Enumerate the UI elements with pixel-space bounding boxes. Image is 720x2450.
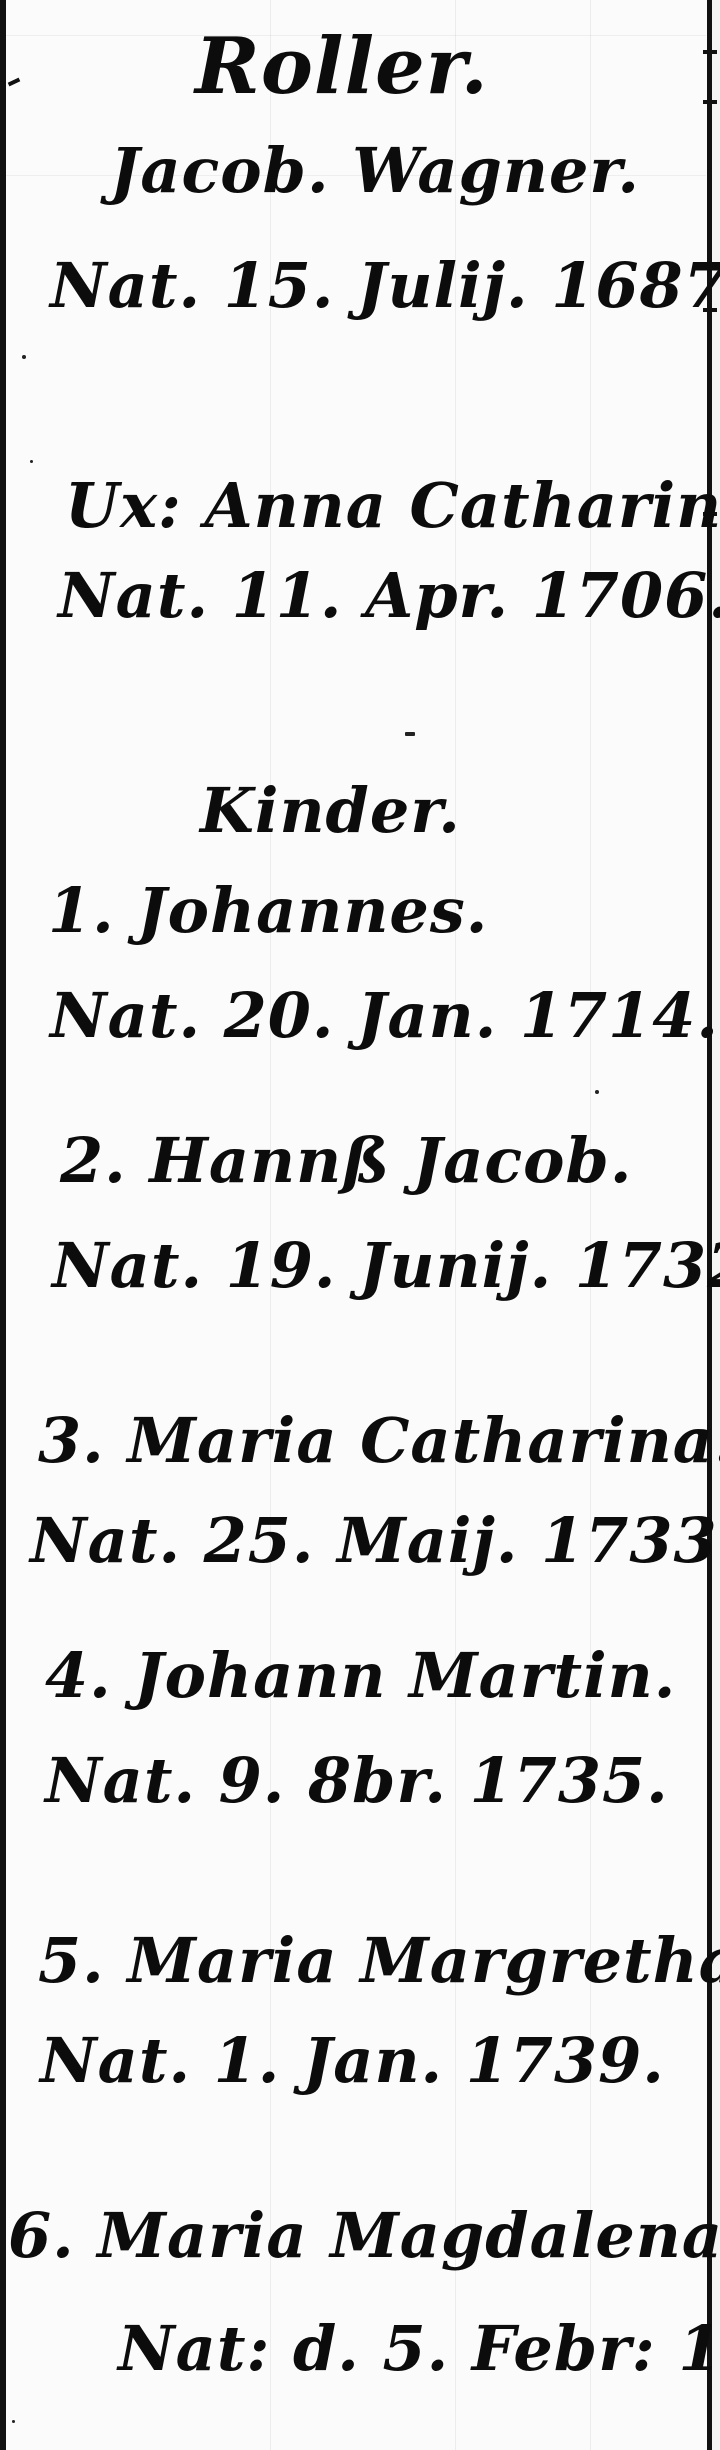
register-page: Roller. Jacob. Wagner. Nat. 15. Julij. 1… [0,0,720,2450]
child-4-name: 4. Johann Martin. [45,1645,676,1707]
children-heading: Kinder. [200,780,461,842]
ink-speck [595,1090,599,1094]
child-2-birth: Nat. 19. Junij. 1732. [52,1235,720,1297]
family-surname: Roller. [195,28,489,106]
wife-birth: Nat. 11. Apr. 1706. [58,565,720,627]
child-2-name: 2. Hannß Jacob. [60,1130,632,1192]
adjacent-page-strip [712,0,720,2450]
left-border-line [0,0,6,2450]
ink-speck [12,2420,15,2423]
ink-mark [405,732,415,736]
child-1-birth: Nat. 20. Jan. 1714. [50,985,719,1047]
ink-speck [30,460,33,463]
child-3-birth: Nat. 25. Maij. 1733. [30,1510,720,1572]
child-3-name: 3. Maria Catharina. [38,1410,720,1472]
border-tick [703,50,717,54]
head-of-family-name: Jacob. Wagner. [110,140,640,202]
head-of-family-birth: Nat. 15. Julij. 1687. [50,255,720,317]
child-5-name: 5. Maria Margretha [38,1930,720,1992]
child-5-birth: Nat. 1. Jan. 1739. [40,2030,665,2092]
wife-name: Ux: Anna Catharina [65,475,720,537]
border-tick [703,100,717,104]
ink-speck [22,355,26,359]
child-1-name: 1. Johannes. [48,880,488,942]
child-4-birth: Nat. 9. 8br. 1735. [45,1750,669,1812]
child-6-name: 6. Maria Magdalena [8,2205,720,2267]
margin-mark [8,78,21,87]
child-6-birth: Nat: d. 5. Febr: 1745. [118,2318,720,2380]
